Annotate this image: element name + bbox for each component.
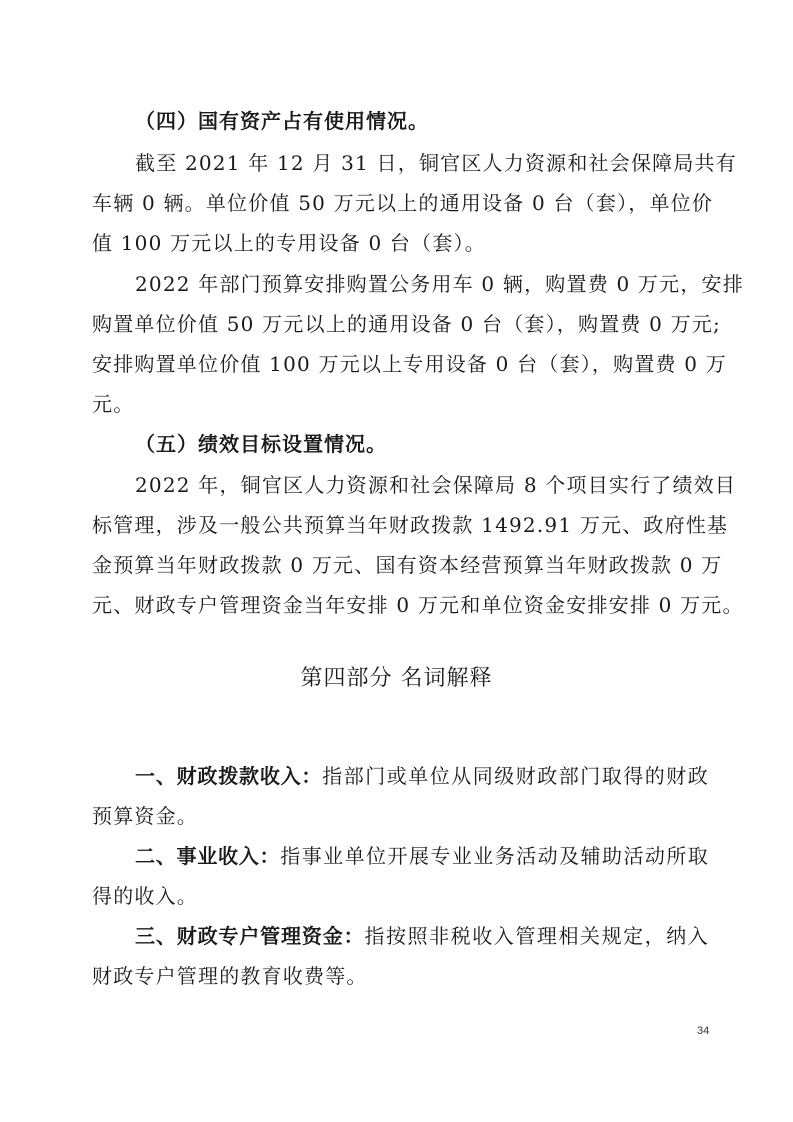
- section-heading-assets: （四）国有资产占有使用情况。: [135, 107, 429, 135]
- paragraph-line: 车辆 0 辆。单位价值 50 万元以上的通用设备 0 台（套），单位价: [92, 189, 709, 217]
- paragraph-line: 元、财政专户管理资金当年安排 0 万元和单位资金安排安排 0 万元。: [92, 591, 709, 619]
- document-page: （四）国有资产占有使用情况。 截至 2021 年 12 月 31 日，铜官区人力…: [0, 0, 793, 1122]
- term-definition-line: 得的收入。: [92, 882, 198, 910]
- term-label: 二、事业收入：: [135, 844, 280, 868]
- term-definition: 指事业单位开展专业业务活动及辅助活动所取: [280, 844, 709, 868]
- paragraph-line: 购置单位价值 50 万元以上的通用设备 0 台（套），购置费 0 万元;: [92, 310, 709, 338]
- paragraph-line: 2022 年部门预算安排购置公务用车 0 辆，购置费 0 万元，安排: [135, 270, 709, 298]
- section-heading-performance: （五）绩效目标设置情况。: [135, 430, 387, 458]
- term-definition-line: 三、财政专户管理资金：指按照非税收入管理相关规定，纳入: [135, 922, 709, 950]
- paragraph-line: 截至 2021 年 12 月 31 日，铜官区人力资源和社会保障局共有: [135, 149, 709, 177]
- page-number: 34: [697, 1025, 709, 1037]
- paragraph-line: 金预算当年财政拨款 0 万元、国有资本经营预算当年财政拨款 0 万: [92, 551, 709, 579]
- term-definition: 指按照非税收入管理相关规定，纳入: [364, 924, 709, 948]
- term-definition-line: 财政专户管理的教育收费等。: [92, 962, 368, 990]
- term-label: 一、财政拨款收入：: [135, 764, 322, 788]
- paragraph-line: 2022 年，铜官区人力资源和社会保障局 8 个项目实行了绩效目: [135, 471, 709, 499]
- term-label: 三、财政专户管理资金：: [135, 924, 364, 948]
- term-definition-line: 二、事业收入：指事业单位开展专业业务活动及辅助活动所取: [135, 842, 709, 870]
- paragraph-line: 标管理，涉及一般公共预算当年财政拨款 1492.91 万元、政府性基: [92, 511, 709, 539]
- paragraph-line: 值 100 万元以上的专用设备 0 台（套）。: [92, 229, 486, 257]
- term-definition-line: 预算资金。: [92, 802, 198, 830]
- paragraph-line: 元。: [92, 390, 134, 418]
- term-definition: 指部门或单位从同级财政部门取得的财政: [322, 764, 709, 788]
- term-definition-line: 一、财政拨款收入：指部门或单位从同级财政部门取得的财政: [135, 762, 709, 790]
- paragraph-line: 安排购置单位价值 100 万元以上专用设备 0 台（套），购置费 0 万: [92, 350, 709, 378]
- part-title: 第四部分 名词解释: [0, 665, 793, 693]
